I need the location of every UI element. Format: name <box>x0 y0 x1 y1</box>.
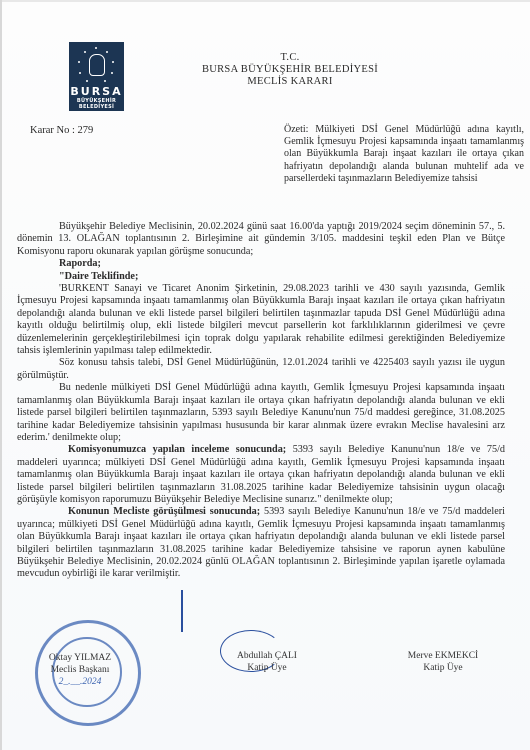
daire-heading: "Daire Teklifinde; <box>17 271 505 283</box>
paragraph-2: Söz konusu tahsis talebi, DSİ Genel Müdü… <box>17 357 505 382</box>
header-line2: BURSA BÜYÜKŞEHİR BELEDİYESİ <box>140 64 440 76</box>
decision-number: Karar No : 279 <box>30 125 93 136</box>
intro-paragraph: Büyükşehir Belediye Meclisinin, 20.02.20… <box>17 221 505 258</box>
paragraph-3: Bu nedenle mülkiyeti DSİ Genel Müdürlüğü… <box>17 382 505 444</box>
council-heading: Konunun Mecliste görüşülmesi sonucunda; <box>68 506 260 517</box>
logo-sub2: BELEDİYESİ <box>69 104 124 110</box>
header-line1: T.C. <box>140 52 440 64</box>
signature-date: 2_.__.2024 <box>35 676 125 688</box>
bursa-logo: BURSA BÜYÜKŞEHİR BELEDİYESİ <box>69 42 124 111</box>
logo-brand: BURSA <box>69 85 124 98</box>
document-page: BURSA BÜYÜKŞEHİR BELEDİYESİ T.C. BURSA B… <box>0 0 530 750</box>
signature-clerk-1: Abdullah ÇALI Katip Üye <box>222 650 312 674</box>
signer-name: Abdullah ÇALI <box>222 650 312 662</box>
signer-name: Oktay YILMAZ <box>35 652 125 664</box>
document-header: T.C. BURSA BÜYÜKŞEHİR BELEDİYESİ MECLİS … <box>140 52 440 88</box>
page-edge <box>0 0 530 2</box>
decision-summary: Özeti: Mülkiyeti DSİ Genel Müdürlüğü adı… <box>284 124 524 185</box>
city-emblem-icon <box>89 54 105 76</box>
paragraph-5: Konunun Mecliste görüşülmesi sonucunda; … <box>17 506 505 580</box>
page-edge <box>0 0 2 750</box>
header-line3: MECLİS KARARI <box>140 76 440 88</box>
raporda-heading: Raporda; <box>17 258 505 270</box>
paragraph-4: Komisyonumuzca yapılan inceleme sonucund… <box>17 444 505 506</box>
signer-title: Katip Üye <box>222 662 312 674</box>
signature-clerk-2: Merve EKMEKCİ Katip Üye <box>393 650 493 674</box>
paragraph-1: 'BURKENT Sanayi ve Ticaret Anonim Şirket… <box>17 283 505 357</box>
signer-name: Merve EKMEKCİ <box>393 650 493 662</box>
signer-title: Meclis Başkanı <box>35 664 125 676</box>
signature-stroke <box>181 590 183 632</box>
signature-president: Oktay YILMAZ Meclis Başkanı 2_.__.2024 <box>35 652 125 688</box>
signer-title: Katip Üye <box>393 662 493 674</box>
document-body: Büyükşehir Belediye Meclisinin, 20.02.20… <box>17 221 505 581</box>
commission-heading: Komisyonumuzca yapılan inceleme sonucund… <box>68 444 286 455</box>
